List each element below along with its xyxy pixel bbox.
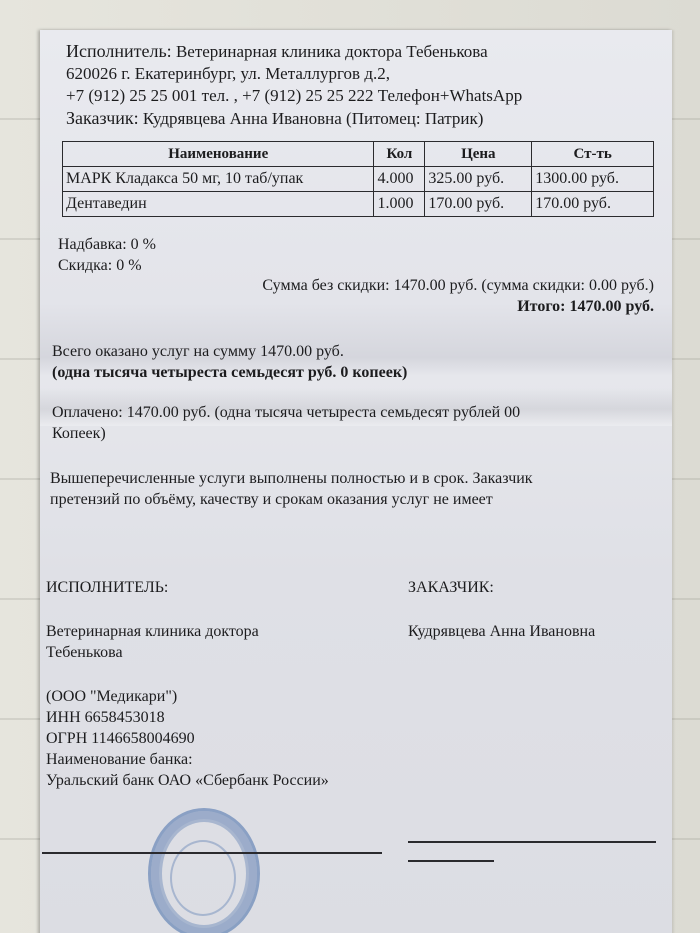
- executor-name-line-2: Тебенькова: [46, 642, 259, 663]
- paid-line-2: Копеек): [52, 423, 520, 444]
- ogrn: ОГРН 1146658004690: [46, 728, 329, 749]
- markup-text: Надбавка: 0 %: [58, 234, 156, 255]
- executor-signature-line: [42, 852, 382, 854]
- total-label: Итого:: [517, 298, 565, 315]
- sum-without-discount: Сумма без скидки: 1470.00 руб. (сумма ск…: [160, 275, 654, 296]
- header: Исполнитель: Ветеринарная клиника доктор…: [66, 40, 522, 130]
- item-total: 1300.00 руб.: [532, 167, 654, 192]
- column-header-qty: Кол: [374, 142, 425, 167]
- table-header-row: Наименование Кол Цена Ст-ть: [63, 142, 654, 167]
- discount-text: Скидка: 0 %: [58, 255, 156, 276]
- item-name: МАРК Кладакса 50 мг, 10 таб/упак: [63, 167, 374, 192]
- executor-phones: +7 (912) 25 25 001 тел. , +7 (912) 25 25…: [66, 85, 522, 107]
- item-qty: 4.000: [374, 167, 425, 192]
- services-summary: Всего оказано услуг на сумму 1470.00 руб…: [52, 341, 407, 383]
- bank-label: Наименование банка:: [46, 749, 329, 770]
- customer-label: Заказчик:: [66, 108, 139, 128]
- executor-heading: ИСПОЛНИТЕЛЬ:: [46, 577, 168, 598]
- paid-summary: Оплачено: 1470.00 руб. (одна тысяча четы…: [52, 402, 520, 444]
- customer-name: Кудрявцева Анна Ивановна (Питомец: Патри…: [143, 109, 483, 128]
- column-header-name: Наименование: [63, 142, 374, 167]
- statement-line-1: Вышеперечисленные услуги выполнены полно…: [50, 468, 533, 489]
- services-amount-words: (одна тысяча четыреста семьдесят руб. 0 …: [52, 362, 407, 383]
- executor-signature-name: Ветеринарная клиника доктора Тебенькова: [46, 621, 259, 663]
- statement-line-2: претензий по объёму, качеству и срокам о…: [50, 489, 533, 510]
- inn: ИНН 6658453018: [46, 707, 329, 728]
- executor-label: Исполнитель:: [66, 41, 172, 61]
- item-total: 170.00 руб.: [532, 192, 654, 217]
- company-name: (ООО "Медикари"): [46, 686, 329, 707]
- services-amount: Всего оказано услуг на сумму 1470.00 руб…: [52, 341, 407, 362]
- table-row: МАРК Кладакса 50 мг, 10 таб/упак 4.000 3…: [63, 167, 654, 192]
- executor-address: 620026 г. Екатеринбург, ул. Металлургов …: [66, 63, 522, 85]
- bank-name: Уральский банк ОАО «Сбербанк России»: [46, 770, 329, 791]
- paid-line-1: Оплачено: 1470.00 руб. (одна тысяча четы…: [52, 402, 520, 423]
- customer-heading: ЗАКАЗЧИК:: [408, 577, 494, 598]
- customer-signature-name: Кудрявцева Анна Ивановна: [408, 621, 595, 642]
- completion-statement: Вышеперечисленные услуги выполнены полно…: [50, 468, 533, 510]
- item-qty: 1.000: [374, 192, 425, 217]
- table-row: Дентаведин 1.000 170.00 руб. 170.00 руб.: [63, 192, 654, 217]
- executor-name-line-1: Ветеринарная клиника доктора: [46, 621, 259, 642]
- total-value: 1470.00 руб.: [570, 298, 654, 315]
- totals: Сумма без скидки: 1470.00 руб. (сумма ск…: [160, 275, 654, 317]
- executor-name: Ветеринарная клиника доктора Тебенькова: [176, 42, 488, 61]
- column-header-total: Ст-ть: [532, 142, 654, 167]
- item-name: Дентаведин: [63, 192, 374, 217]
- item-price: 170.00 руб.: [425, 192, 532, 217]
- customer-signature-line: [408, 841, 656, 843]
- customer-signature-line-short: [408, 860, 494, 862]
- markup-discount: Надбавка: 0 % Скидка: 0 %: [58, 234, 156, 276]
- item-price: 325.00 руб.: [425, 167, 532, 192]
- items-table: Наименование Кол Цена Ст-ть МАРК Кладакс…: [62, 141, 654, 217]
- column-header-price: Цена: [425, 142, 532, 167]
- executor-details: (ООО "Медикари") ИНН 6658453018 ОГРН 114…: [46, 686, 329, 791]
